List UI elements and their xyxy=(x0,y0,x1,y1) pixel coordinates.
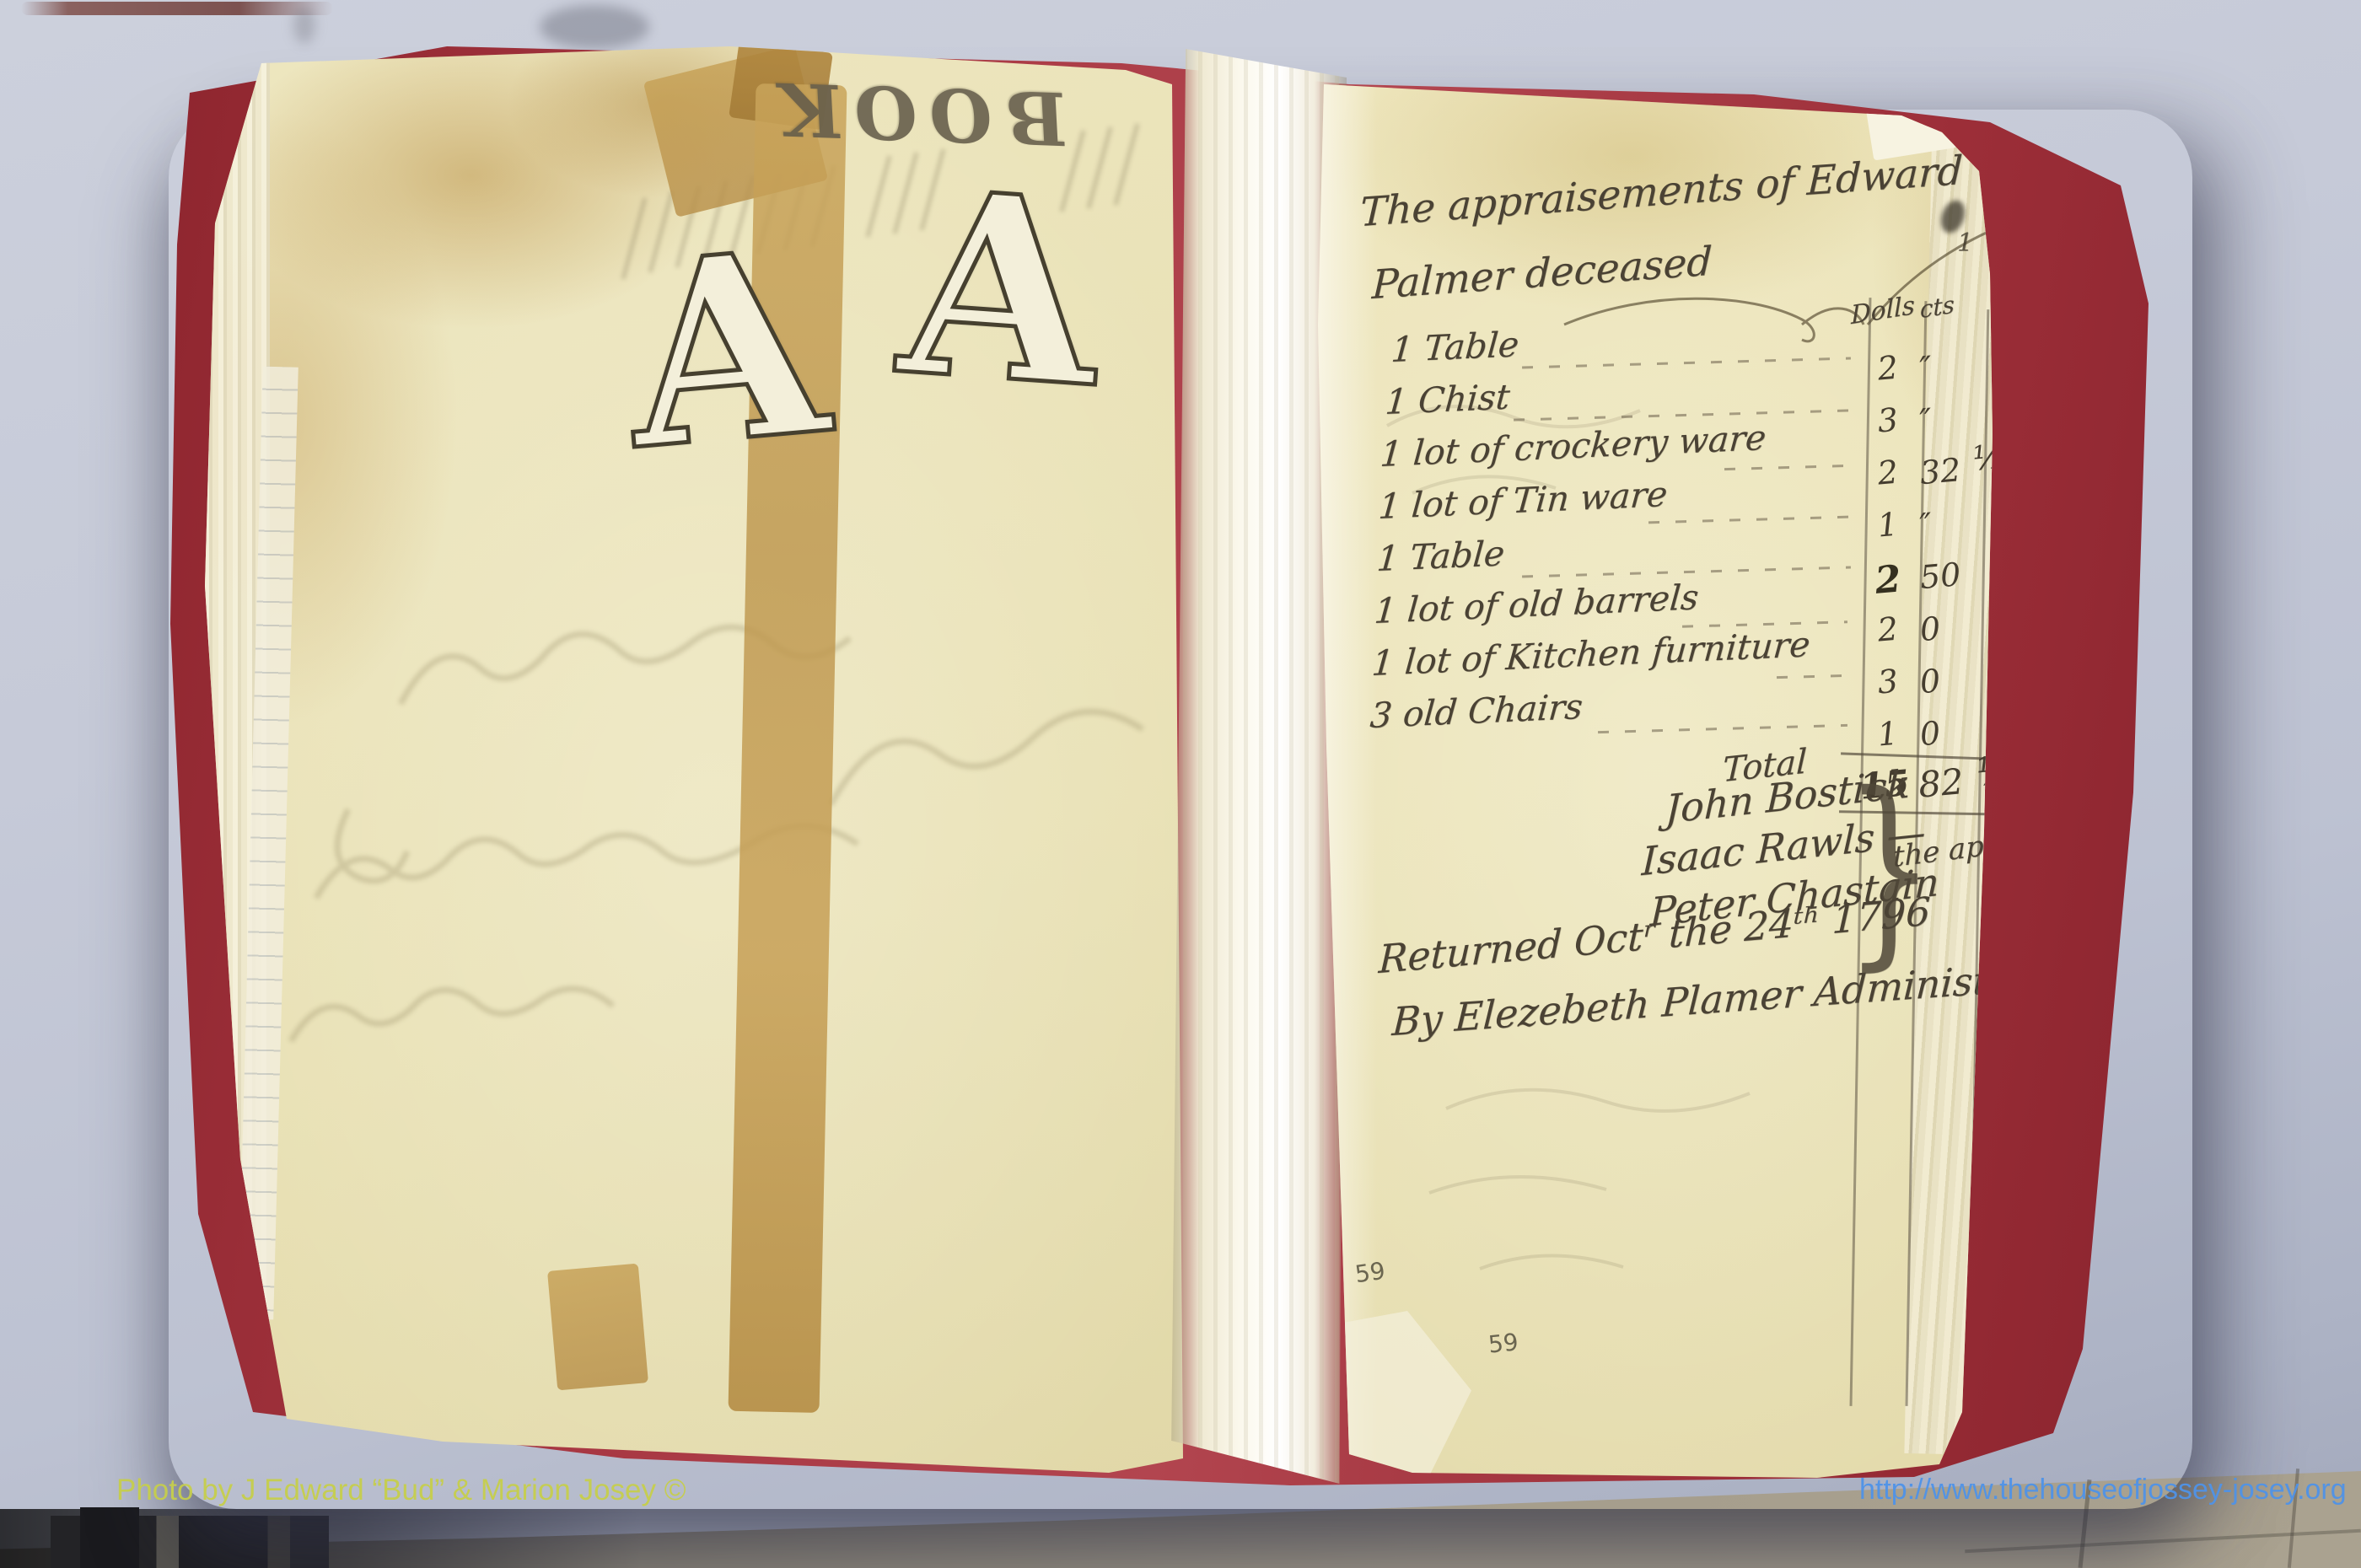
column-header-cents: cts xyxy=(1920,290,1955,324)
photo-credit-watermark: Photo by J Edward “Bud” & Marion Josey © xyxy=(116,1474,686,1507)
ledger-item-label: 1 Chist xyxy=(1384,376,1511,422)
table-edge-streak xyxy=(21,2,333,15)
stencil-letter-a: A xyxy=(894,156,1107,422)
website-watermark: http://www.thehouseofjossey-josey.org xyxy=(1859,1474,2347,1506)
left-page: BOOK A A xyxy=(190,46,1193,1479)
table-smudge xyxy=(293,7,315,44)
ledger-item-label: 1 Table xyxy=(1390,324,1520,370)
right-page: The appraisements of Edward Palmer decea… xyxy=(1311,72,2074,1488)
ledger-item-label: 1 Table xyxy=(1375,533,1506,579)
tape-piece xyxy=(547,1264,648,1391)
pencil-page-number: 59 xyxy=(1353,1257,1387,1289)
photo-scene: BOOK A A The xyxy=(0,0,2361,1568)
table-smudge xyxy=(540,5,649,49)
chair-leg xyxy=(80,1507,139,1568)
pencil-page-number: 59 xyxy=(1487,1328,1519,1359)
corner-mark: 1 xyxy=(1957,228,1973,258)
stencil-letter-a: A xyxy=(617,215,835,484)
